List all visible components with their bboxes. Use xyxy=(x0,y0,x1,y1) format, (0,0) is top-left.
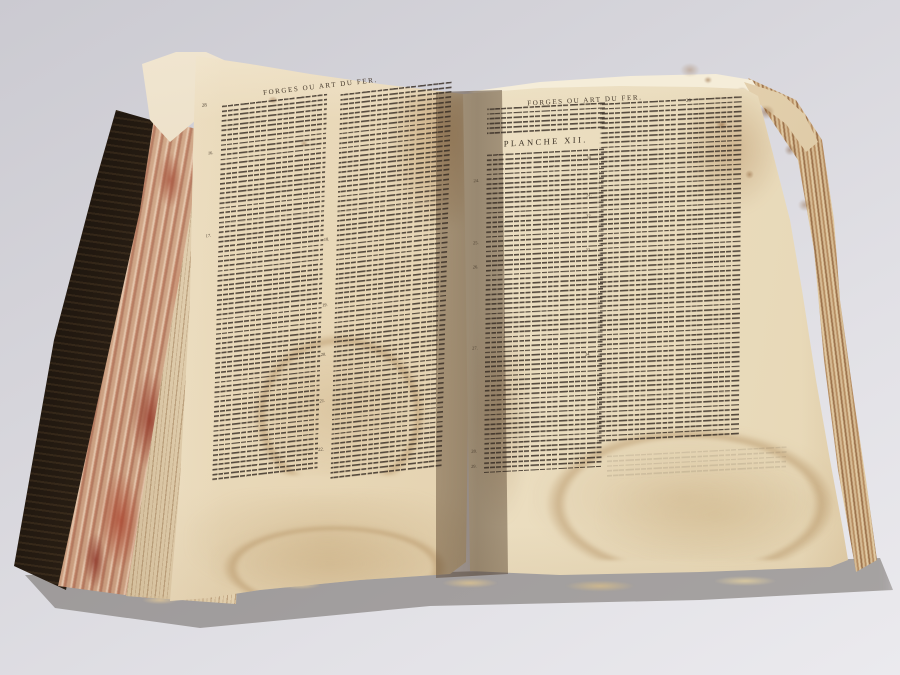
right-col-2: 30. 31. 32. 33. 34. xyxy=(597,96,742,472)
page-number-left: 28 xyxy=(202,103,208,109)
text-block xyxy=(330,81,451,481)
margin-number: 27. xyxy=(472,346,478,351)
right-page-content: FORGES OU ART DU FER. 29 PLANCHE XII. 24… xyxy=(442,60,869,600)
margin-number: 20. xyxy=(321,352,327,357)
margin-number: 16. xyxy=(208,151,214,156)
margin-number: 32. xyxy=(586,214,592,219)
margin-number: 34. xyxy=(585,352,591,357)
text-block xyxy=(487,102,605,134)
left-col-2: 18. 19. 20. 21. 22. xyxy=(330,81,451,481)
margin-number: 18. xyxy=(324,237,330,242)
margin-number: 31. xyxy=(586,193,592,198)
margin-number: 26. xyxy=(473,265,479,270)
text-block xyxy=(212,94,327,482)
margin-number: 22. xyxy=(318,447,324,452)
photo-scene: FORGES OU ART DU FER. 28 16. 17. 18. 19.… xyxy=(0,0,900,675)
margin-number: 21. xyxy=(319,399,325,404)
text-block xyxy=(597,96,742,444)
margin-number: 33. xyxy=(586,248,592,253)
planche-heading: PLANCHE XII. xyxy=(487,133,605,149)
margin-number: 19. xyxy=(322,303,328,308)
margin-number: 30. xyxy=(587,156,593,161)
margin-number: 28. xyxy=(471,449,477,454)
margin-number: 17. xyxy=(206,234,212,239)
show-through-text xyxy=(607,446,787,479)
margin-number: 25. xyxy=(473,241,479,246)
left-col-1: 16. 17. xyxy=(212,94,327,482)
margin-number: 29. xyxy=(471,465,477,470)
margin-number: 24. xyxy=(474,179,480,184)
